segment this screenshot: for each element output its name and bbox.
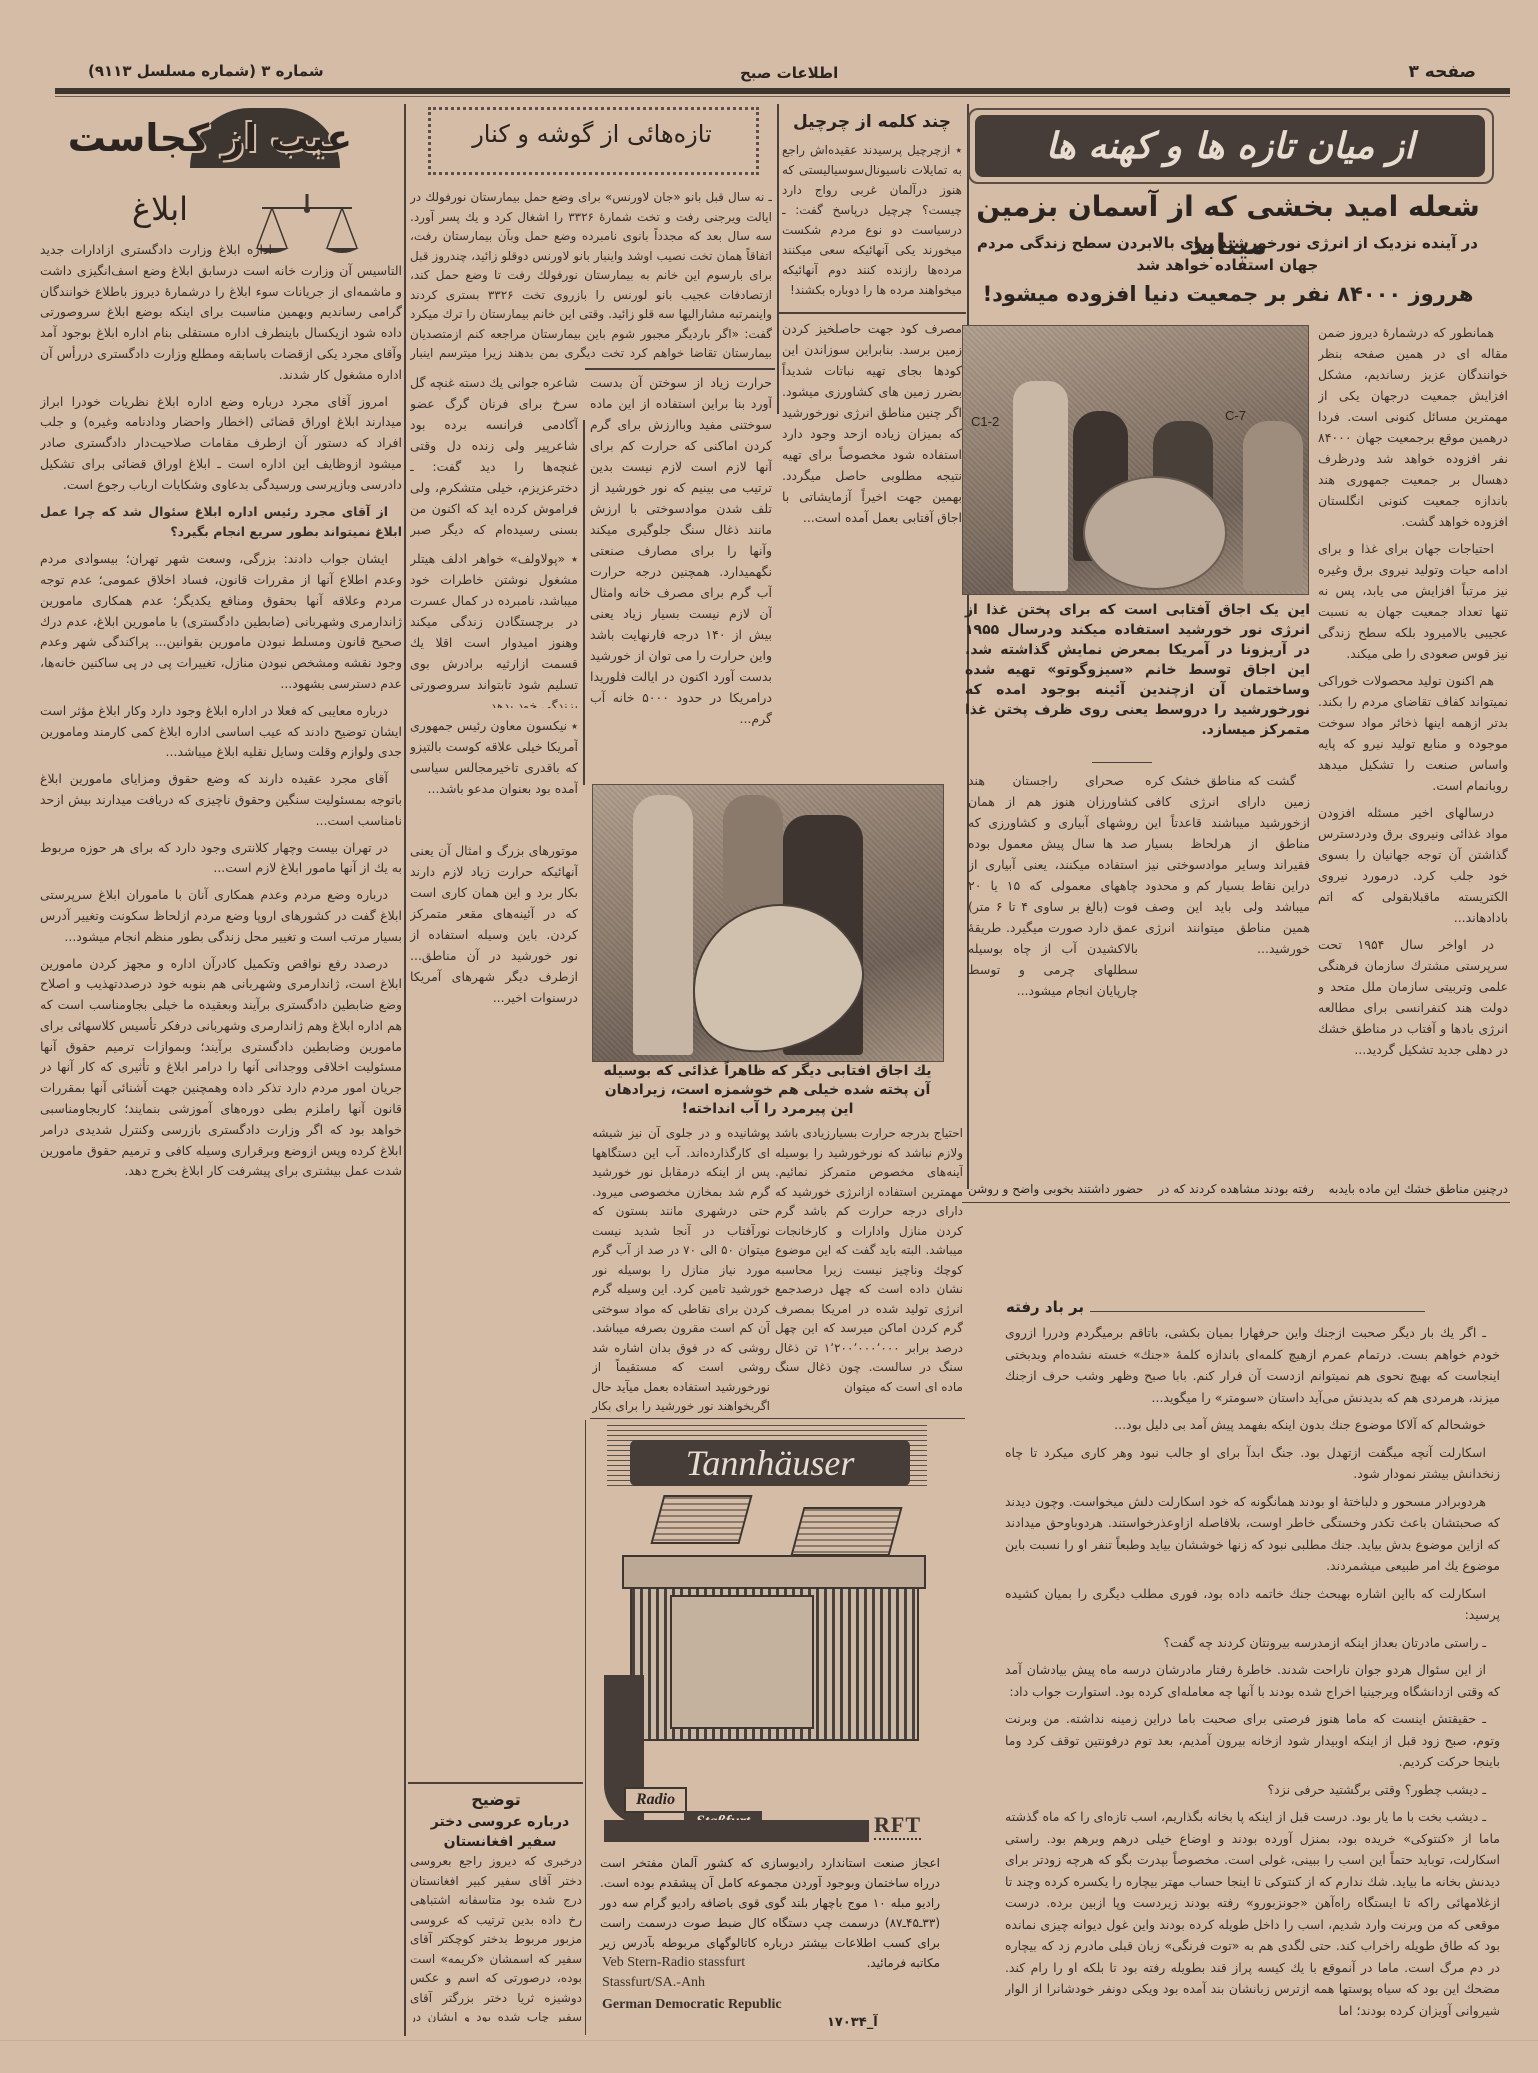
serial-paragraph: ـ حقیقتش اینست که ماما هنوز فرصتی برای ص… bbox=[1005, 1708, 1500, 1773]
serial-paragraph: از این سئوال هردو جوان ناراحت شدند. خاطر… bbox=[1005, 1659, 1500, 1702]
column-divider bbox=[404, 104, 406, 2036]
caption-rule bbox=[1092, 762, 1152, 763]
person-silhouette bbox=[1013, 381, 1068, 591]
main-subhead-population: هرروز ۸۴۰۰۰ نفر بر جمعیت دنیا افزوده میش… bbox=[968, 282, 1488, 306]
person-silhouette bbox=[1243, 421, 1303, 591]
second-solar-cooker-caption: یك اجاق افتابی دیگر که ظاهراً غذائی که ب… bbox=[595, 1062, 940, 1119]
article-paragraph: در تهران بیست وچهار کلانتری وجود دارد که… bbox=[40, 838, 402, 880]
article-paragraph: در اواخر سال ۱۹۵۴ تحت سرپرستی مشترك سازم… bbox=[1318, 934, 1508, 1060]
solar-cooker-photo: C1-2 C-7 bbox=[962, 325, 1309, 595]
news-item-hitler-sister: ٭ «پولاولف» خواهر ادلف هیتلر مشغول نوشتن… bbox=[410, 548, 578, 708]
ad-address-line: Veb Stern-Radio stassfurt bbox=[602, 1955, 745, 1971]
serial-paragraph: ـ راستی مادرتان بعداز اینکه ازمدرسه بیرو… bbox=[1005, 1632, 1500, 1654]
column-logo: عیب از کجاست bbox=[40, 108, 380, 178]
article-paragraph: همانطور که درشمارهٔ دیروز ضمن مقاله ای د… bbox=[1318, 322, 1508, 532]
person-silhouette bbox=[633, 795, 693, 1055]
churchill-quote: ٭ ازچرچیل پرسیدند عقیده‌اش راجع به تمایل… bbox=[782, 140, 962, 310]
article-paragraph: گشت که مناطق خشک کره زمین دارای انرژی کا… bbox=[1145, 770, 1310, 959]
solar-article-engines: موتورهای بزرگ و امثال آن یعنی آنهائیکه ح… bbox=[410, 840, 578, 1770]
article-paragraph: درباره وضع مردم وعدم همکاری آنان با مامو… bbox=[40, 885, 402, 947]
box-rule bbox=[778, 312, 966, 314]
radio-advertisement: Tannhäuser Radio Staßfurt RFT اعجاز صنعت… bbox=[592, 1425, 952, 2030]
cabinet-top bbox=[622, 1555, 926, 1589]
section-banner-frame bbox=[968, 108, 1494, 184]
article-title: ابلاغ bbox=[90, 190, 230, 228]
news-box-title: تازه‌هائی از گوشه و کنار bbox=[432, 120, 752, 148]
radio-cabinet-icon bbox=[622, 1495, 922, 1705]
article-paragraph: صحرای راجستان هند کشاورزان هنوز هم از هم… bbox=[968, 770, 1138, 1001]
ad-bottom-band bbox=[604, 1820, 869, 1842]
solar-article-col: احتیاج بدرجه حرارت بسیارزیادی باشد ولازم… bbox=[775, 1124, 963, 1414]
article-paragraph: امروز آقای مجرد درباره وضع اداره ابلاغ ن… bbox=[40, 392, 402, 496]
solar-article-continued: مصرف کود جهت حاصلخیز کردن زمین برسد. بنا… bbox=[782, 318, 962, 788]
solar-article-col: گشت که مناطق خشک کره زمین دارای انرژی کا… bbox=[1145, 770, 1310, 1180]
column-divider bbox=[777, 104, 779, 414]
article-lead: اداره ابلاغ وزارت دادگستری ازادارات جدید… bbox=[40, 240, 402, 386]
solar-article-col: صحرای راجستان هند کشاورزان هنوز هم از هم… bbox=[968, 770, 1138, 1180]
article-paragraph: درصدد رفع نواقص وتکمیل کادرآن اداره و مج… bbox=[40, 954, 402, 1183]
column-divider bbox=[583, 420, 585, 785]
serial-paragraph: هردوبرادر مسحور و دلباختهٔ او بودند همان… bbox=[1005, 1491, 1500, 1577]
solar-article-col: پوشانیده و در جلوی آن نیز شیشه ای کارگذا… bbox=[592, 1124, 770, 1414]
ad-brand-banner: Tannhäuser bbox=[630, 1440, 910, 1486]
paper-name: اطلاعات صبح bbox=[740, 64, 838, 82]
serial-paragraph: ـ دیشب بخت با ما یار بود. درست قبل از ای… bbox=[1005, 1806, 1500, 2021]
sign-label: C1-2 bbox=[971, 414, 999, 429]
serial-text: ـ اگر یك بار دیگر صحبت ازجنك واین حرفهار… bbox=[1005, 1322, 1500, 2027]
ad-reference-number: آ_۱۷۰۳۴ bbox=[827, 2015, 878, 2030]
masthead-rule bbox=[55, 88, 1510, 94]
clarification-title: توضیح bbox=[410, 1790, 582, 1809]
section-rule bbox=[408, 1782, 583, 1784]
cabinet-lid bbox=[650, 1495, 752, 1544]
article-paragraph: آقای مجرد عقیده دارند که وضع حقوق ومزایا… bbox=[40, 769, 402, 831]
section-rule bbox=[962, 1202, 1510, 1203]
news-rule bbox=[585, 368, 775, 370]
page-number: صفحه ۳ bbox=[1408, 62, 1476, 82]
churchill-title: چند کلمه از چرچیل bbox=[782, 112, 962, 132]
news-item-poet: شاعره جوانی یك دسته غنچه گل سرخ برای فرن… bbox=[410, 372, 578, 542]
article-paragraph: احتیاجات جهان برای غذا و برای ادامه حیات… bbox=[1318, 538, 1508, 664]
masthead: صفحه ۳ اطلاعات صبح شماره ۳ (شماره مسلسل … bbox=[0, 0, 1538, 100]
serial-paragraph: ـ دیشب چطور؟ وقتی برگشتید حرفی نزد؟ bbox=[1005, 1779, 1500, 1801]
ad-badge-radio: Radio bbox=[624, 1787, 687, 1813]
serial-paragraph: خوشحالم که آلاکا موضوع جنك بدون اینکه بف… bbox=[1005, 1414, 1500, 1436]
issue-number: شماره ۳ (شماره مسلسل ۹۱۱۳) bbox=[88, 62, 324, 80]
article-paragraph: از آقای مجرد رئیس اداره ابلاغ سئوال شد ک… bbox=[40, 502, 402, 544]
clarification-text: درخبری که دیروز راجع بعروسی دختر آقای سف… bbox=[410, 1852, 582, 2022]
population-article: همانطور که درشمارهٔ دیروز ضمن مقاله ای د… bbox=[1318, 322, 1508, 1182]
serial-paragraph: ـ اگر یك بار دیگر صحبت ازجنك واین حرفهار… bbox=[1005, 1322, 1500, 1408]
solar-article-continued: حرارت زیاد از سوختن آن بدست آورد بنا برا… bbox=[590, 372, 772, 782]
article-bottom-line: درچنین مناطق خشك این ماده بایدبه رفته بو… bbox=[968, 1182, 1508, 1196]
serial-paragraph: اسکارلت آنچه میگفت ازتهدل بود. جنگ ابدآ … bbox=[1005, 1442, 1500, 1485]
page-bottom-edge bbox=[0, 2040, 1538, 2041]
person-silhouette bbox=[723, 795, 783, 905]
main-subhead: در آینده نزدیک از انرژی نورخورشید برای ب… bbox=[975, 232, 1480, 276]
serial-title-rule bbox=[1090, 1311, 1425, 1312]
second-solar-cooker-photo bbox=[592, 784, 944, 1062]
solar-dish bbox=[1083, 476, 1227, 590]
notification-article: اداره ابلاغ وزارت دادگستری ازادارات جدید… bbox=[40, 240, 402, 2035]
ad-address-line: Stassfurt/SA.-Anh bbox=[602, 1975, 705, 1991]
article-paragraph: هم اکنون تولید محصولات خوراکی نمیتواند ک… bbox=[1318, 670, 1508, 796]
ad-address-line: German Democratic Republic bbox=[602, 1997, 782, 2013]
solar-cooker-caption: این یک اجاق آفتابی است که برای پختن غذا … bbox=[965, 600, 1310, 740]
news-item-nixon: ٭ نیکسون معاون رئیس جمهوری آمریکا خیلی ع… bbox=[410, 715, 578, 835]
article-line-fragment: حضور داشتند بخوبی واضح و روشن bbox=[968, 1182, 1143, 1196]
masthead-rule-thin bbox=[55, 96, 1510, 97]
section-rule bbox=[590, 1418, 965, 1419]
logo-text: عیب از کجاست bbox=[40, 116, 380, 160]
column-divider bbox=[585, 1420, 586, 2035]
cabinet-lid bbox=[790, 1507, 902, 1556]
rft-logo: RFT bbox=[874, 1812, 921, 1840]
serial-paragraph: اسکارلت که بااین اشاره بهبحث جنك خاتمه د… bbox=[1005, 1583, 1500, 1626]
serial-title: بر باد رفته bbox=[1000, 1298, 1090, 1316]
cabinet-panel bbox=[670, 1595, 814, 1729]
article-paragraph: ایشان جواب دادند: بزرگی، وسعت شهر تهران؛… bbox=[40, 549, 402, 695]
article-line-fragment: درچنین مناطق خشك این ماده بایدبه bbox=[1329, 1182, 1508, 1196]
sign-label: C-7 bbox=[1225, 408, 1246, 423]
clarification-subtitle: درباره عروسی دختر سفیر افغانستان bbox=[430, 1812, 570, 1852]
article-paragraph: درباره معایبی که فعلا در اداره ابلاغ وجو… bbox=[40, 701, 402, 763]
ad-brand-name: Tannhäuser bbox=[686, 1443, 855, 1483]
news-item-triplets: ـ نه سال قبل بانو «جان لاورنس» برای وضع … bbox=[410, 188, 772, 366]
article-paragraph: درسالهای اخیر مسئله افزودن مواد غذائی ون… bbox=[1318, 802, 1508, 928]
article-line-fragment: رفته بودند مشاهده کردند که در bbox=[1158, 1182, 1313, 1196]
